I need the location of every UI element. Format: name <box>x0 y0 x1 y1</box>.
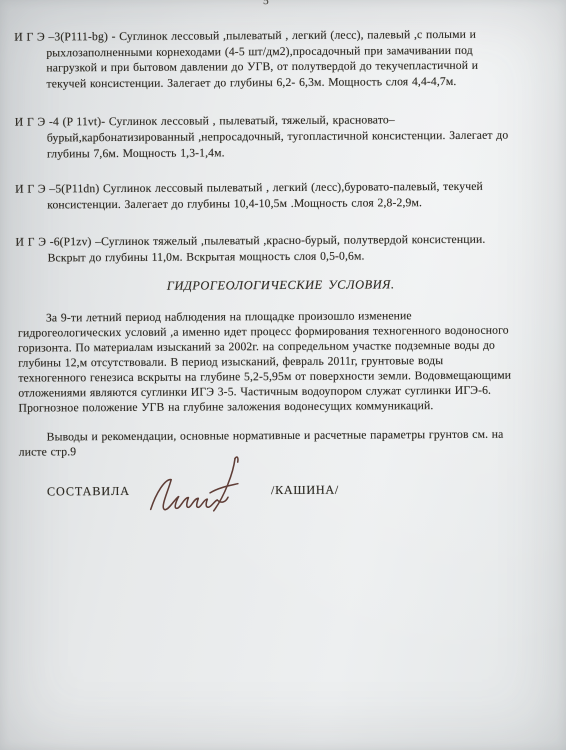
text-block: И Г Э –3(P111-bg) - Суглинок лессовый ,п… <box>0 0 566 543</box>
text-line: Вскрыт до глубины 11,0м. Вскрытая мощнос… <box>48 247 560 266</box>
text-line: текучей консистенции. Залегает до глубин… <box>46 73 558 92</box>
layer-paragraph-igge5: И Г Э –5(P11dn) Суглинок лессовый пылева… <box>47 178 559 212</box>
text-line: листе стр.9 <box>19 442 561 460</box>
text-line: И Г Э –5(P11dn) Суглинок лессовый пылева… <box>15 178 559 197</box>
layer-paragraph-igge4: И Г Э -4 (P 11vt)- Суглинок лессовый , п… <box>47 112 559 162</box>
signatory-name: /КАШИНА/ <box>271 483 339 498</box>
compiled-by-label: СОСТАВИЛА <box>47 484 130 500</box>
section-heading-row: ГИДРОГЕОЛОГИЧЕСКИЕ УСЛОВИЯ. <box>16 274 560 295</box>
layer-paragraph-igge3: И Г Э –3(P111-bg) - Суглинок лессовый ,п… <box>46 26 558 92</box>
hydrogeology-paragraph: За 9-ти летний период наблюдения на площ… <box>18 307 561 416</box>
scanned-document-page: 5 И Г Э –3(P111-bg) - Суглинок лессовый … <box>0 0 566 750</box>
text-line: Прогнозное положение УГВ на глубине зало… <box>18 397 560 415</box>
text-line: консистенции. Залегает до глубины 10,4-1… <box>47 194 559 213</box>
text-line: И Г Э -6(P1zv) –Суглинок тяжелый ,пылева… <box>15 232 559 251</box>
signature-row: СОСТАВИЛА /КАШИНА/ <box>17 470 561 543</box>
text-line: глубины 7,6м. Мощность 1,3-1,4м. <box>47 143 559 162</box>
text-line: бурый,карбонатизированный ,непросадочный… <box>47 127 559 146</box>
handwritten-signature <box>145 451 275 524</box>
document-content: 5 И Г Э –3(P111-bg) - Суглинок лессовый … <box>0 0 566 543</box>
section-heading: ГИДРОГЕОЛОГИЧЕСКИЕ УСЛОВИЯ. <box>167 277 395 293</box>
conclusion-paragraph: Выводы и рекомендации, основные норматив… <box>19 426 561 459</box>
layer-paragraph-igge6: И Г Э -6(P1zv) –Суглинок тяжелый ,пылева… <box>47 232 559 266</box>
page-number: 5 <box>263 0 269 7</box>
